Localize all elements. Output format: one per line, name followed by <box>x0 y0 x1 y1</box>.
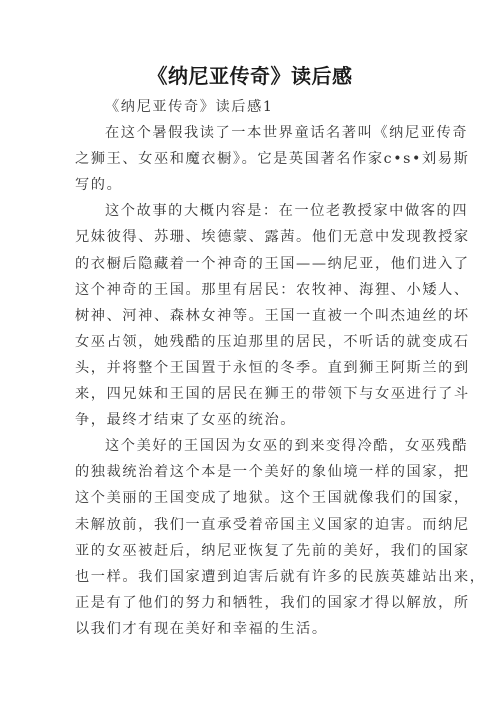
text-line: 头，并将整个王国置于永恒的冬季。直到狮王阿斯兰的到 <box>75 355 435 381</box>
document-subtitle: 《纳尼亚传奇》读后感1 <box>75 94 435 120</box>
text-line: 之狮王、女巫和魔衣橱》。它是英国著名作家c•s•刘易斯 <box>75 146 435 172</box>
text-line: 来，四兄妹和王国的居民在狮王的带领下与女巫进行了斗 <box>75 381 435 407</box>
document-page: 《纳尼亚传奇》读后感 《纳尼亚传奇》读后感1 在这个暑假我读了一本世界童话名著叫… <box>0 0 500 708</box>
text-line: 也一样。我们国家遭到迫害后就有许多的民族英雄站出来， <box>75 564 435 590</box>
text-line: 这个神奇的王国。那里有居民：农牧神、海狸、小矮人、 <box>75 277 435 303</box>
text-line: 写的。 <box>75 172 435 198</box>
text-line: 这个美好的王国因为女巫的到来变得冷酷，女巫残酷 <box>75 433 435 459</box>
text-line: 树神、河神、森林女神等。王国一直被一个叫杰迪丝的坏 <box>75 303 435 329</box>
document-body: 《纳尼亚传奇》读后感1 在这个暑假我读了一本世界童话名著叫《纳尼亚传奇 之狮王、… <box>75 94 435 642</box>
text-line: 的独裁统治着这个本是一个美好的象仙境一样的国家，把 <box>75 459 435 485</box>
text-line: 这个故事的大概内容是：在一位老教授家中做客的四 <box>75 198 435 224</box>
text-line: 亚的女巫被赶后，纳尼亚恢复了先前的美好，我们的国家 <box>75 538 435 564</box>
text-line: 争，最终才结束了女巫的统治。 <box>75 407 435 433</box>
text-line: 兄妹彼得、苏珊、埃德蒙、露茜。他们无意中发现教授家 <box>75 224 435 250</box>
text-line: 未解放前，我们一直承受着帝国主义国家的迫害。而纳尼 <box>75 512 435 538</box>
text-line: 的衣橱后隐藏着一个神奇的王国——纳尼亚，他们进入了 <box>75 251 435 277</box>
document-title: 《纳尼亚传奇》读后感 <box>0 60 500 89</box>
text-line: 正是有了他们的努力和牺牲，我们的国家才得以解放，所 <box>75 590 435 616</box>
text-line: 在这个暑假我读了一本世界童话名著叫《纳尼亚传奇 <box>75 120 435 146</box>
text-line: 女巫占领，她残酷的压迫那里的居民，不听话的就变成石 <box>75 329 435 355</box>
text-line: 这个美丽的王国变成了地狱。这个王国就像我们的国家， <box>75 485 435 511</box>
text-line: 以我们才有现在美好和幸福的生活。 <box>75 616 435 642</box>
